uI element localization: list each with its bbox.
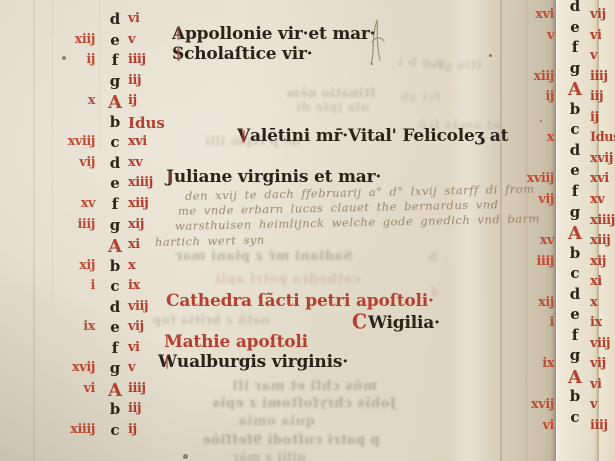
day-numeral: xvij <box>590 152 613 167</box>
ghost-showthrough-text: p patri cuſtodī 9feſſiōe <box>202 433 380 448</box>
ghost-showthrough-text: cathedra petri apli <box>215 272 361 287</box>
dominical-letter: c <box>102 278 128 295</box>
feast-entry: Mathie apoſtoli <box>164 334 308 352</box>
dominical-letter: g <box>102 360 128 377</box>
dominical-letter: b <box>102 114 128 131</box>
dominical-letter: f <box>562 39 588 56</box>
dominical-letter: c <box>562 121 588 138</box>
dominical-letter: d <box>562 286 588 303</box>
dominical-letter: e <box>102 175 128 192</box>
golden-number: xvi <box>520 8 554 23</box>
rubricated-initial: V <box>237 128 250 146</box>
day-numeral: v <box>590 49 597 64</box>
rubricated-initial: S <box>172 46 184 64</box>
golden-number: vij <box>45 156 95 171</box>
day-numeral: vi <box>128 12 140 27</box>
dominical-letter: g <box>562 204 588 221</box>
feast-entry: Appollonie vir·et mar· <box>172 26 375 44</box>
dominical-letter: d <box>102 299 128 316</box>
dominical-letter: g <box>562 347 588 364</box>
dominical-letter: e <box>562 19 588 36</box>
golden-number: i <box>45 279 95 294</box>
ghost-showthrough-text: Sadiani mr̄ z piani mar <box>175 249 353 264</box>
ink-speck <box>371 63 373 65</box>
dominical-letter: e <box>562 162 588 179</box>
dominical-letter: c <box>102 422 128 439</box>
dominical-letter: f <box>102 340 128 357</box>
dominical-letter: d <box>562 142 588 159</box>
day-numeral: Idus <box>590 131 615 146</box>
day-numeral: xvi <box>590 172 609 187</box>
dominical-letter: g <box>102 217 128 234</box>
manuscript-calendar-page: ſtinatio nēmuia ipſe dīſtia grenē p lxpm… <box>0 0 615 461</box>
day-numeral: Idus <box>128 115 165 132</box>
golden-number: vi <box>45 382 95 397</box>
dominical-letter: g <box>562 60 588 77</box>
day-numeral: iiij <box>128 53 146 68</box>
dominical-letter: A <box>562 80 588 101</box>
dominical-letter: A <box>102 237 128 258</box>
ghost-showthrough-text: natū z britia ſup <box>152 313 270 327</box>
golden-number: xij <box>45 259 95 274</box>
gutter-crease <box>500 0 502 461</box>
ghost-showthrough-text: ſtia gre <box>428 58 482 72</box>
day-numeral: ix <box>590 316 602 331</box>
day-numeral: v <box>590 398 597 413</box>
day-numeral: x <box>128 259 135 274</box>
dominical-letter: A <box>562 224 588 245</box>
ghost-showthrough-text: b <box>428 250 437 264</box>
ghost-showthrough-text: ſtinatio nēm <box>286 86 375 100</box>
ghost-showthrough-text: ſcī ab <box>400 90 440 104</box>
dominical-letter: e <box>102 32 128 49</box>
day-numeral: xiij <box>590 234 610 249</box>
ghost-showthrough-text: quīa omīa <box>238 414 315 429</box>
ink-speck <box>540 120 542 122</box>
dominical-letter: b <box>562 388 588 405</box>
day-numeral: v <box>128 33 135 48</box>
day-numeral: ij <box>128 94 137 109</box>
vellum-crease <box>33 0 35 461</box>
day-numeral: xi <box>128 238 140 253</box>
handwritten-annotation-line: hartich wert syn <box>155 233 265 249</box>
golden-number: iiij <box>520 255 554 270</box>
dominical-letter: f <box>102 52 128 69</box>
golden-number: ix <box>45 320 95 335</box>
golden-number: x <box>45 94 95 109</box>
golden-number: xv <box>45 197 95 212</box>
ghost-showthrough-text: uia ipſe dī <box>296 100 370 114</box>
dominical-letter: f <box>562 183 588 200</box>
dominical-letter: b <box>102 258 128 275</box>
dominical-letter: c <box>102 134 128 151</box>
dominical-letter: e <box>102 319 128 336</box>
day-numeral: ij <box>128 423 137 438</box>
day-numeral: iij <box>128 402 141 417</box>
dominical-letter: A <box>102 93 128 114</box>
rubricated-initial: J <box>166 169 174 187</box>
golden-number: iiij <box>45 218 95 233</box>
day-numeral: vij <box>128 320 144 335</box>
golden-number: xiiij <box>45 423 95 438</box>
day-numeral: iiij <box>128 382 146 397</box>
feast-entry: CWigilia· <box>352 313 440 333</box>
dominical-letter: d <box>102 11 128 28</box>
day-numeral: viij <box>590 337 610 352</box>
dominical-letter: f <box>102 196 128 213</box>
golden-number: xiij <box>520 70 554 85</box>
dominical-letter: b <box>562 245 588 262</box>
day-numeral: vi <box>590 29 602 44</box>
golden-number: ij <box>520 90 554 105</box>
dominical-letter: b <box>562 101 588 118</box>
feast-entry: Scholaſtice vir· <box>172 46 313 64</box>
dominical-letter: d <box>102 155 128 172</box>
dominical-letter: e <box>562 306 588 323</box>
golden-number: xij <box>520 296 554 311</box>
day-numeral: xiiij <box>590 214 615 229</box>
golden-number: xiij <box>45 33 95 48</box>
dominical-letter: d <box>562 0 588 15</box>
ink-speck <box>183 454 188 459</box>
dominical-letter: c <box>562 409 588 426</box>
golden-number: xv <box>520 234 554 249</box>
day-numeral: xij <box>590 255 606 270</box>
day-numeral: vij <box>590 357 606 372</box>
feast-entry: Valētini mr̄·Vital' Felicoleʒ at <box>237 128 508 146</box>
golden-number: ij <box>45 53 95 68</box>
feast-entry: Wualburgis virginis· <box>158 354 348 372</box>
golden-number: ix <box>520 357 554 372</box>
day-numeral: v <box>128 361 135 376</box>
day-numeral: xv <box>590 193 604 208</box>
dominical-letter: g <box>102 73 128 90</box>
day-numeral: xiiij <box>128 176 153 191</box>
day-numeral: xvi <box>128 135 147 150</box>
day-numeral: iij <box>590 90 603 105</box>
day-numeral: iiij <box>590 419 608 434</box>
golden-number: xviij <box>45 135 95 150</box>
day-numeral: xij <box>128 218 144 233</box>
ghost-showthrough-text: p g b ī <box>398 55 444 69</box>
dominical-letter: A <box>562 368 588 389</box>
golden-number: vi <box>520 419 554 434</box>
dominical-letter: A <box>102 381 128 402</box>
golden-number: xvij <box>520 398 554 413</box>
ghost-showthrough-text: Johīs chryſoſtomi z epīs <box>212 396 396 411</box>
golden-number: i <box>520 316 554 331</box>
ink-speck <box>489 54 492 57</box>
day-numeral: x <box>590 296 597 311</box>
day-numeral: vi <box>128 341 140 356</box>
day-numeral: iiij <box>590 70 608 85</box>
vellum-crease <box>99 0 100 150</box>
rubricated-initial: W <box>158 354 177 372</box>
dominical-letter: c <box>562 265 588 282</box>
day-numeral: xv <box>128 156 142 171</box>
feast-entry: Cathedra ſãcti petri apoſtoli· <box>166 293 434 311</box>
golden-number: xvij <box>45 361 95 376</box>
day-numeral: xi <box>590 275 602 290</box>
day-numeral: iij <box>128 74 141 89</box>
golden-number: x <box>520 131 554 146</box>
golden-number: v <box>520 29 554 44</box>
dominical-letter: f <box>562 327 588 344</box>
ghost-showthrough-text: mūs chſi et mar iſi <box>232 379 377 394</box>
day-numeral: vi <box>590 378 602 393</box>
ghost-showthrough-text: gilij z mār <box>232 450 306 461</box>
dominical-letter: b <box>102 401 128 418</box>
ink-speck <box>62 56 66 60</box>
day-numeral: ij <box>590 111 599 126</box>
day-numeral: viij <box>128 300 148 315</box>
day-numeral: vij <box>590 8 606 23</box>
day-numeral: ix <box>128 279 140 294</box>
day-numeral: xiij <box>128 197 148 212</box>
pilcrow-mark: C <box>352 312 367 334</box>
rubricated-initial: A <box>172 26 185 44</box>
